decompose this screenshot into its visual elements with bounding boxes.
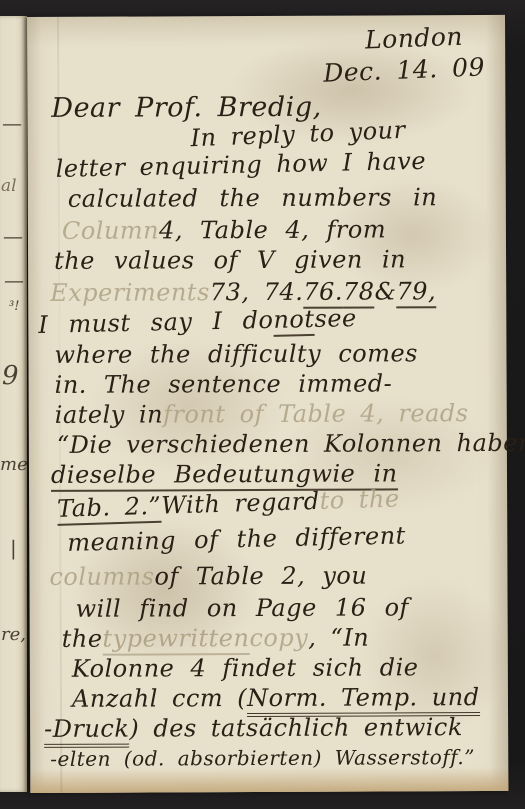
letter-text-segment: Dear Prof. Bredig, xyxy=(51,92,321,124)
ink-fragment: — xyxy=(2,111,22,135)
letter-text-segment: front of Table 4, reads xyxy=(163,399,469,428)
letter-text-segment: London xyxy=(365,22,464,55)
letter-text-segment: & xyxy=(374,277,396,305)
ink-fragment: — xyxy=(3,224,23,248)
ink-fragment: — xyxy=(4,268,24,292)
letter-text-segment: , “In xyxy=(308,624,369,652)
letter-text-segment: Kolonne 4 findet sich die xyxy=(72,653,419,683)
letter-text-segment: see xyxy=(314,304,357,333)
letter-line: “Die verschiedenen Kolonnen haben xyxy=(57,429,525,459)
date-line: Dec. 14. 09 xyxy=(323,52,486,87)
salutation-line: Dear Prof. Bredig, xyxy=(51,92,321,124)
letter-text-segment: typewritten xyxy=(102,624,249,656)
letter-text-segment: -Druck xyxy=(44,715,129,748)
letter-line: in. The sentence immed- xyxy=(55,369,393,398)
ink-fragment: al xyxy=(1,176,17,196)
ink-fragment: ³! xyxy=(9,299,19,314)
letter-line: the values of V given in xyxy=(54,245,406,275)
letter-text-segment: 79, xyxy=(396,277,436,308)
letter-text-segment: Dec. 14. 09 xyxy=(323,52,486,87)
location-line: London xyxy=(365,22,464,55)
letter-line: the typewritten copy, “In xyxy=(62,624,370,656)
letter-text-segment: ) des tatsächlich entwick xyxy=(129,713,463,742)
letter-text-segment: 4, Table 4, from xyxy=(159,215,386,244)
letter-text-segment: Column xyxy=(62,216,159,244)
letter-line: I must say I do not see xyxy=(38,304,357,342)
letter-line: meaning of the different xyxy=(67,521,406,556)
letter-line: Experiments 73, 74. 76. 78 & 79, xyxy=(50,277,436,310)
letter-text-segment: 73, 74. xyxy=(210,278,304,306)
letter-line: where the difficulty comes xyxy=(54,339,418,369)
letter-text-segment: I must say I do xyxy=(38,306,274,339)
letter-text-segment: the xyxy=(62,625,103,653)
letter-line: letter enquiring how I have xyxy=(55,147,426,183)
document-scan: { "colors": { "background": "#1d1c1d", "… xyxy=(0,0,525,809)
letter-text-segment: calculated the numbers in xyxy=(68,183,437,213)
letter-text-segment: of Table 2, you xyxy=(154,562,367,591)
ink-fragment: | xyxy=(10,536,17,560)
letter-line: Kolonne 4 findet sich die xyxy=(72,653,419,683)
letter-text-segment: to the xyxy=(319,484,400,514)
ink-fragment: 9 xyxy=(2,361,19,391)
left-page-edge: —al——³!9met|re, xyxy=(0,16,27,792)
letter-text-segment: where the difficulty comes xyxy=(54,339,418,369)
letter-line: calculated the numbers in xyxy=(68,183,437,213)
letter-text-segment: “Die verschiedenen Kolonnen haben xyxy=(57,429,525,459)
letter-line: columns of Table 2, you xyxy=(49,562,367,591)
letter-line: Column 4, Table 4, from xyxy=(62,215,386,244)
letter-text-segment: the values of V given in xyxy=(54,245,406,275)
letter-text-segment: meaning of the different xyxy=(67,521,406,556)
letter-text-segment: copy xyxy=(249,624,308,652)
letter-text-segment: will find on Page 16 of xyxy=(76,593,409,622)
letter-text-segment: With regard xyxy=(161,487,320,520)
letter-text-segment: not xyxy=(273,305,315,337)
letter-line: will find on Page 16 of xyxy=(76,593,409,622)
letter-text-segment: Experiments xyxy=(50,278,210,307)
letter-text-segment: Tab. 2.” xyxy=(57,492,162,526)
letter-text-segment: Norm. Temp. und xyxy=(247,683,480,717)
letter-page: LondonDec. 14. 09Dear Prof. Bredig,In re… xyxy=(27,15,508,793)
letter-line: -elten (od. absorbierten) Wasserstoff.” xyxy=(50,745,475,771)
letter-text-segment: columns xyxy=(49,562,154,590)
letter-text-segment: letter enquiring how I have xyxy=(55,147,426,183)
letter-line: -Druck) des tatsächlich entwick xyxy=(44,713,463,748)
letter-line: iately in front of Table 4, reads xyxy=(55,399,469,429)
letter-text-segment: -elten (od. absorbierten) Wasserstoff.” xyxy=(50,745,475,771)
letter-body: LondonDec. 14. 09Dear Prof. Bredig,In re… xyxy=(27,15,508,793)
letter-text-segment: in. The sentence immed- xyxy=(55,369,393,398)
letter-text-segment: Anzahl ccm ( xyxy=(72,684,247,713)
letter-text-segment: dieselbe Bedeutung xyxy=(51,460,312,492)
letter-text-segment: iately in xyxy=(55,400,163,428)
ink-fragment: re, xyxy=(1,624,26,645)
